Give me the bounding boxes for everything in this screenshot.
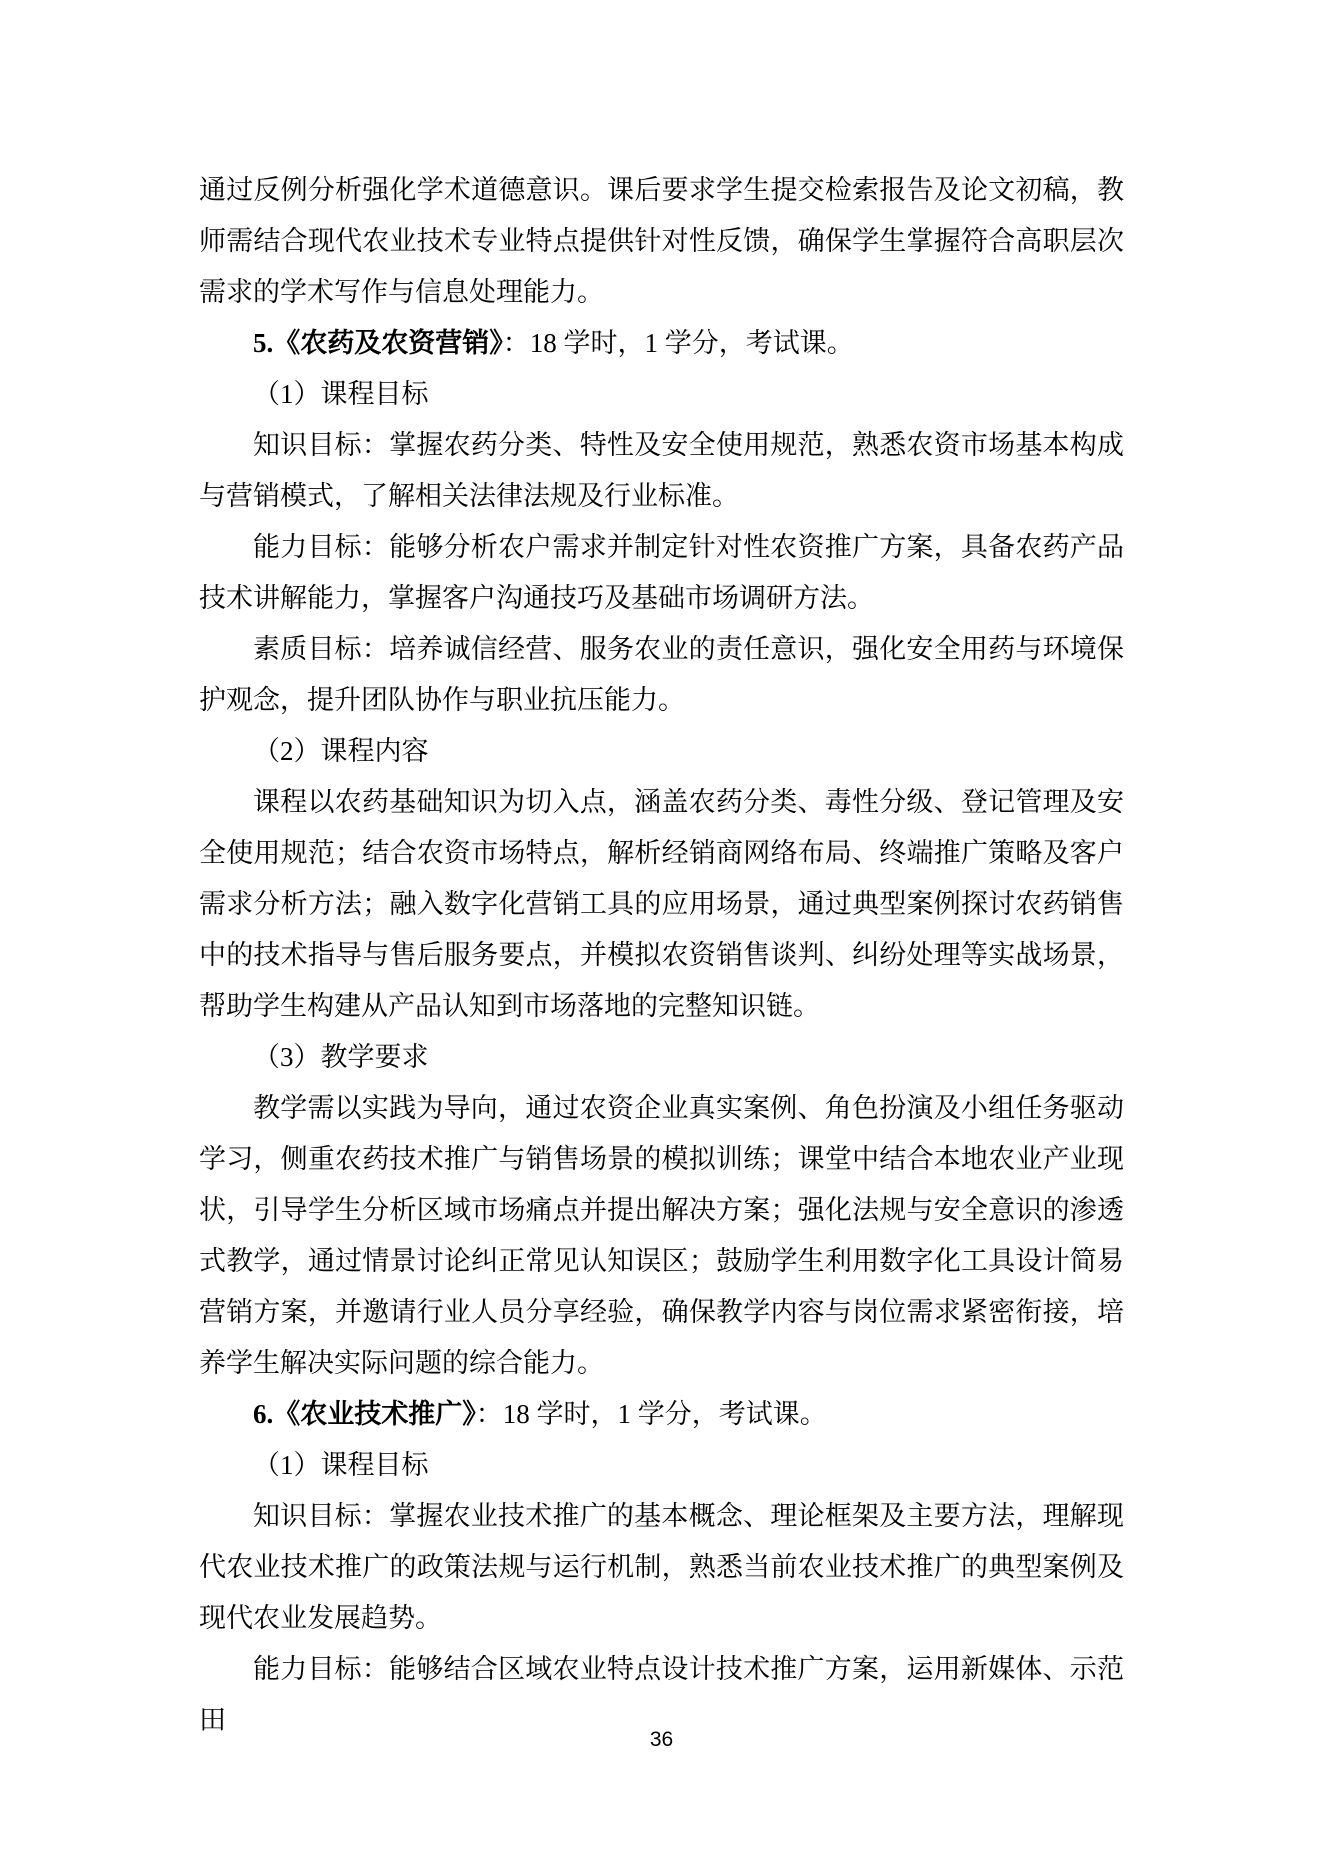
document-body: 通过反例分析强化学术道德意识。课后要求学生提交检索报告及论文初稿，教师需结合现代… [199, 165, 1124, 1746]
page-number: 36 [0, 1726, 1323, 1754]
course-5-heading: 5.《农药及农资营销》：18 学时，1 学分，考试课。 [199, 318, 1124, 369]
document-page: 通过反例分析强化学术道德意识。课后要求学生提交检索报告及论文初稿，教师需结合现代… [0, 0, 1323, 1871]
course-title: 6.《农业技术推广》 [253, 1399, 476, 1429]
paragraph-course-content-5: 课程以农药基础知识为切入点，涵盖农药分类、毒性分级、登记管理及安全使用规范；结合… [199, 777, 1124, 1032]
paragraph-continuation: 通过反例分析强化学术道德意识。课后要求学生提交检索报告及论文初稿，教师需结合现代… [199, 165, 1124, 318]
paragraph-teaching-requirements-5: 教学需以实践为导向，通过农资企业真实案例、角色扮演及小组任务驱动学习，侧重农药技… [199, 1083, 1124, 1389]
paragraph-knowledge-objective-6: 知识目标：掌握农业技术推广的基本概念、理论框架及主要方法，理解现代农业技术推广的… [199, 1491, 1124, 1644]
paragraph-knowledge-objective-5: 知识目标：掌握农药分类、特性及安全使用规范，熟悉农资市场基本构成与营销模式，了解… [199, 420, 1124, 522]
section-heading-teaching-5: （3）教学要求 [199, 1032, 1124, 1083]
course-6-heading: 6.《农业技术推广》：18 学时，1 学分，考试课。 [199, 1389, 1124, 1440]
section-heading-objectives-5: （1）课程目标 [199, 369, 1124, 420]
course-title: 5.《农药及农资营销》 [253, 328, 503, 358]
paragraph-ability-objective-5: 能力目标：能够分析农户需求并制定针对性农资推广方案，具备农药产品技术讲解能力，掌… [199, 522, 1124, 624]
section-heading-objectives-6: （1）课程目标 [199, 1440, 1124, 1491]
section-heading-content-5: （2）课程内容 [199, 726, 1124, 777]
paragraph-quality-objective-5: 素质目标：培养诚信经营、服务农业的责任意识，强化安全用药与环境保护观念，提升团队… [199, 624, 1124, 726]
